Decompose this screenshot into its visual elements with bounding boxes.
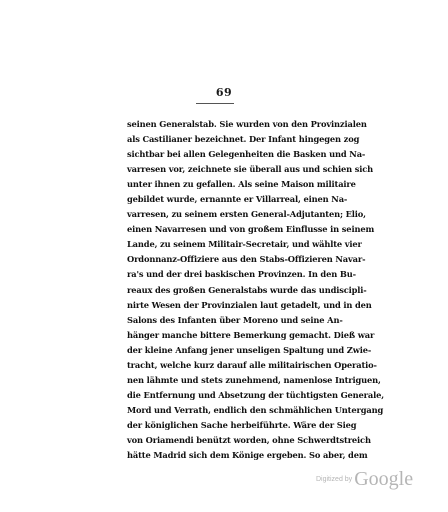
- text-line: Ordonnanz-Offiziere aus den Stabs-Offizi…: [127, 252, 303, 267]
- header-rule: [196, 103, 234, 104]
- text-line: nen lähmte und stets zunehmend, namenlos…: [127, 373, 303, 388]
- text-line: ra's und der drei baskischen Provinzen. …: [127, 267, 303, 282]
- watermark-prefix: Digitized by: [316, 476, 352, 483]
- text-line: tracht, welche kurz darauf alle militair…: [127, 358, 303, 373]
- text-line: varresen, zu seinem ersten General-Adjut…: [127, 207, 303, 222]
- google-logo: Google: [354, 468, 413, 490]
- text-line: als Castilianer bezeichnet. Der Infant h…: [127, 132, 303, 147]
- text-line: varresen vor, zeichnete sie überall aus …: [127, 162, 303, 177]
- text-line: Salons des Infanten über Moreno und sein…: [127, 313, 303, 328]
- text-line: von Oriamendi benützt worden, ohne Schwe…: [127, 433, 303, 448]
- text-line: reaux des großen Generalstabs wurde das …: [127, 283, 303, 298]
- text-line: hätte Madrid sich dem Könige ergeben. So…: [127, 448, 303, 463]
- text-line: seinen Generalstab. Sie wurden von den P…: [127, 117, 303, 132]
- page-number: 69: [0, 86, 448, 99]
- text-line: nirte Wesen der Provinzialen laut getade…: [127, 298, 303, 313]
- text-line: Lande, zu seinem Militair-Secretair, und…: [127, 237, 303, 252]
- text-line: einen Navarresen und von großem Einfluss…: [127, 222, 303, 237]
- body-text: seinen Generalstab. Sie wurden von den P…: [127, 117, 303, 463]
- text-line: die Entfernung und Absetzung der tüchtig…: [127, 388, 303, 403]
- text-line: der kleine Anfang jener unseligen Spaltu…: [127, 343, 303, 358]
- text-line: der königlichen Sache herbeiführte. Wäre…: [127, 418, 303, 433]
- text-line: unter ihnen zu gefallen. Als seine Maiso…: [127, 177, 303, 192]
- text-line: gebildet wurde, ernannte er Villarreal, …: [127, 192, 303, 207]
- text-line: sichtbar bei allen Gelegenheiten die Bas…: [127, 147, 303, 162]
- digitized-watermark: Digitized byGoogle: [316, 468, 413, 491]
- text-line: hänger manche bittere Bemerkung gemacht.…: [127, 328, 303, 343]
- text-line: Mord und Verrath, endlich den schmählich…: [127, 403, 303, 418]
